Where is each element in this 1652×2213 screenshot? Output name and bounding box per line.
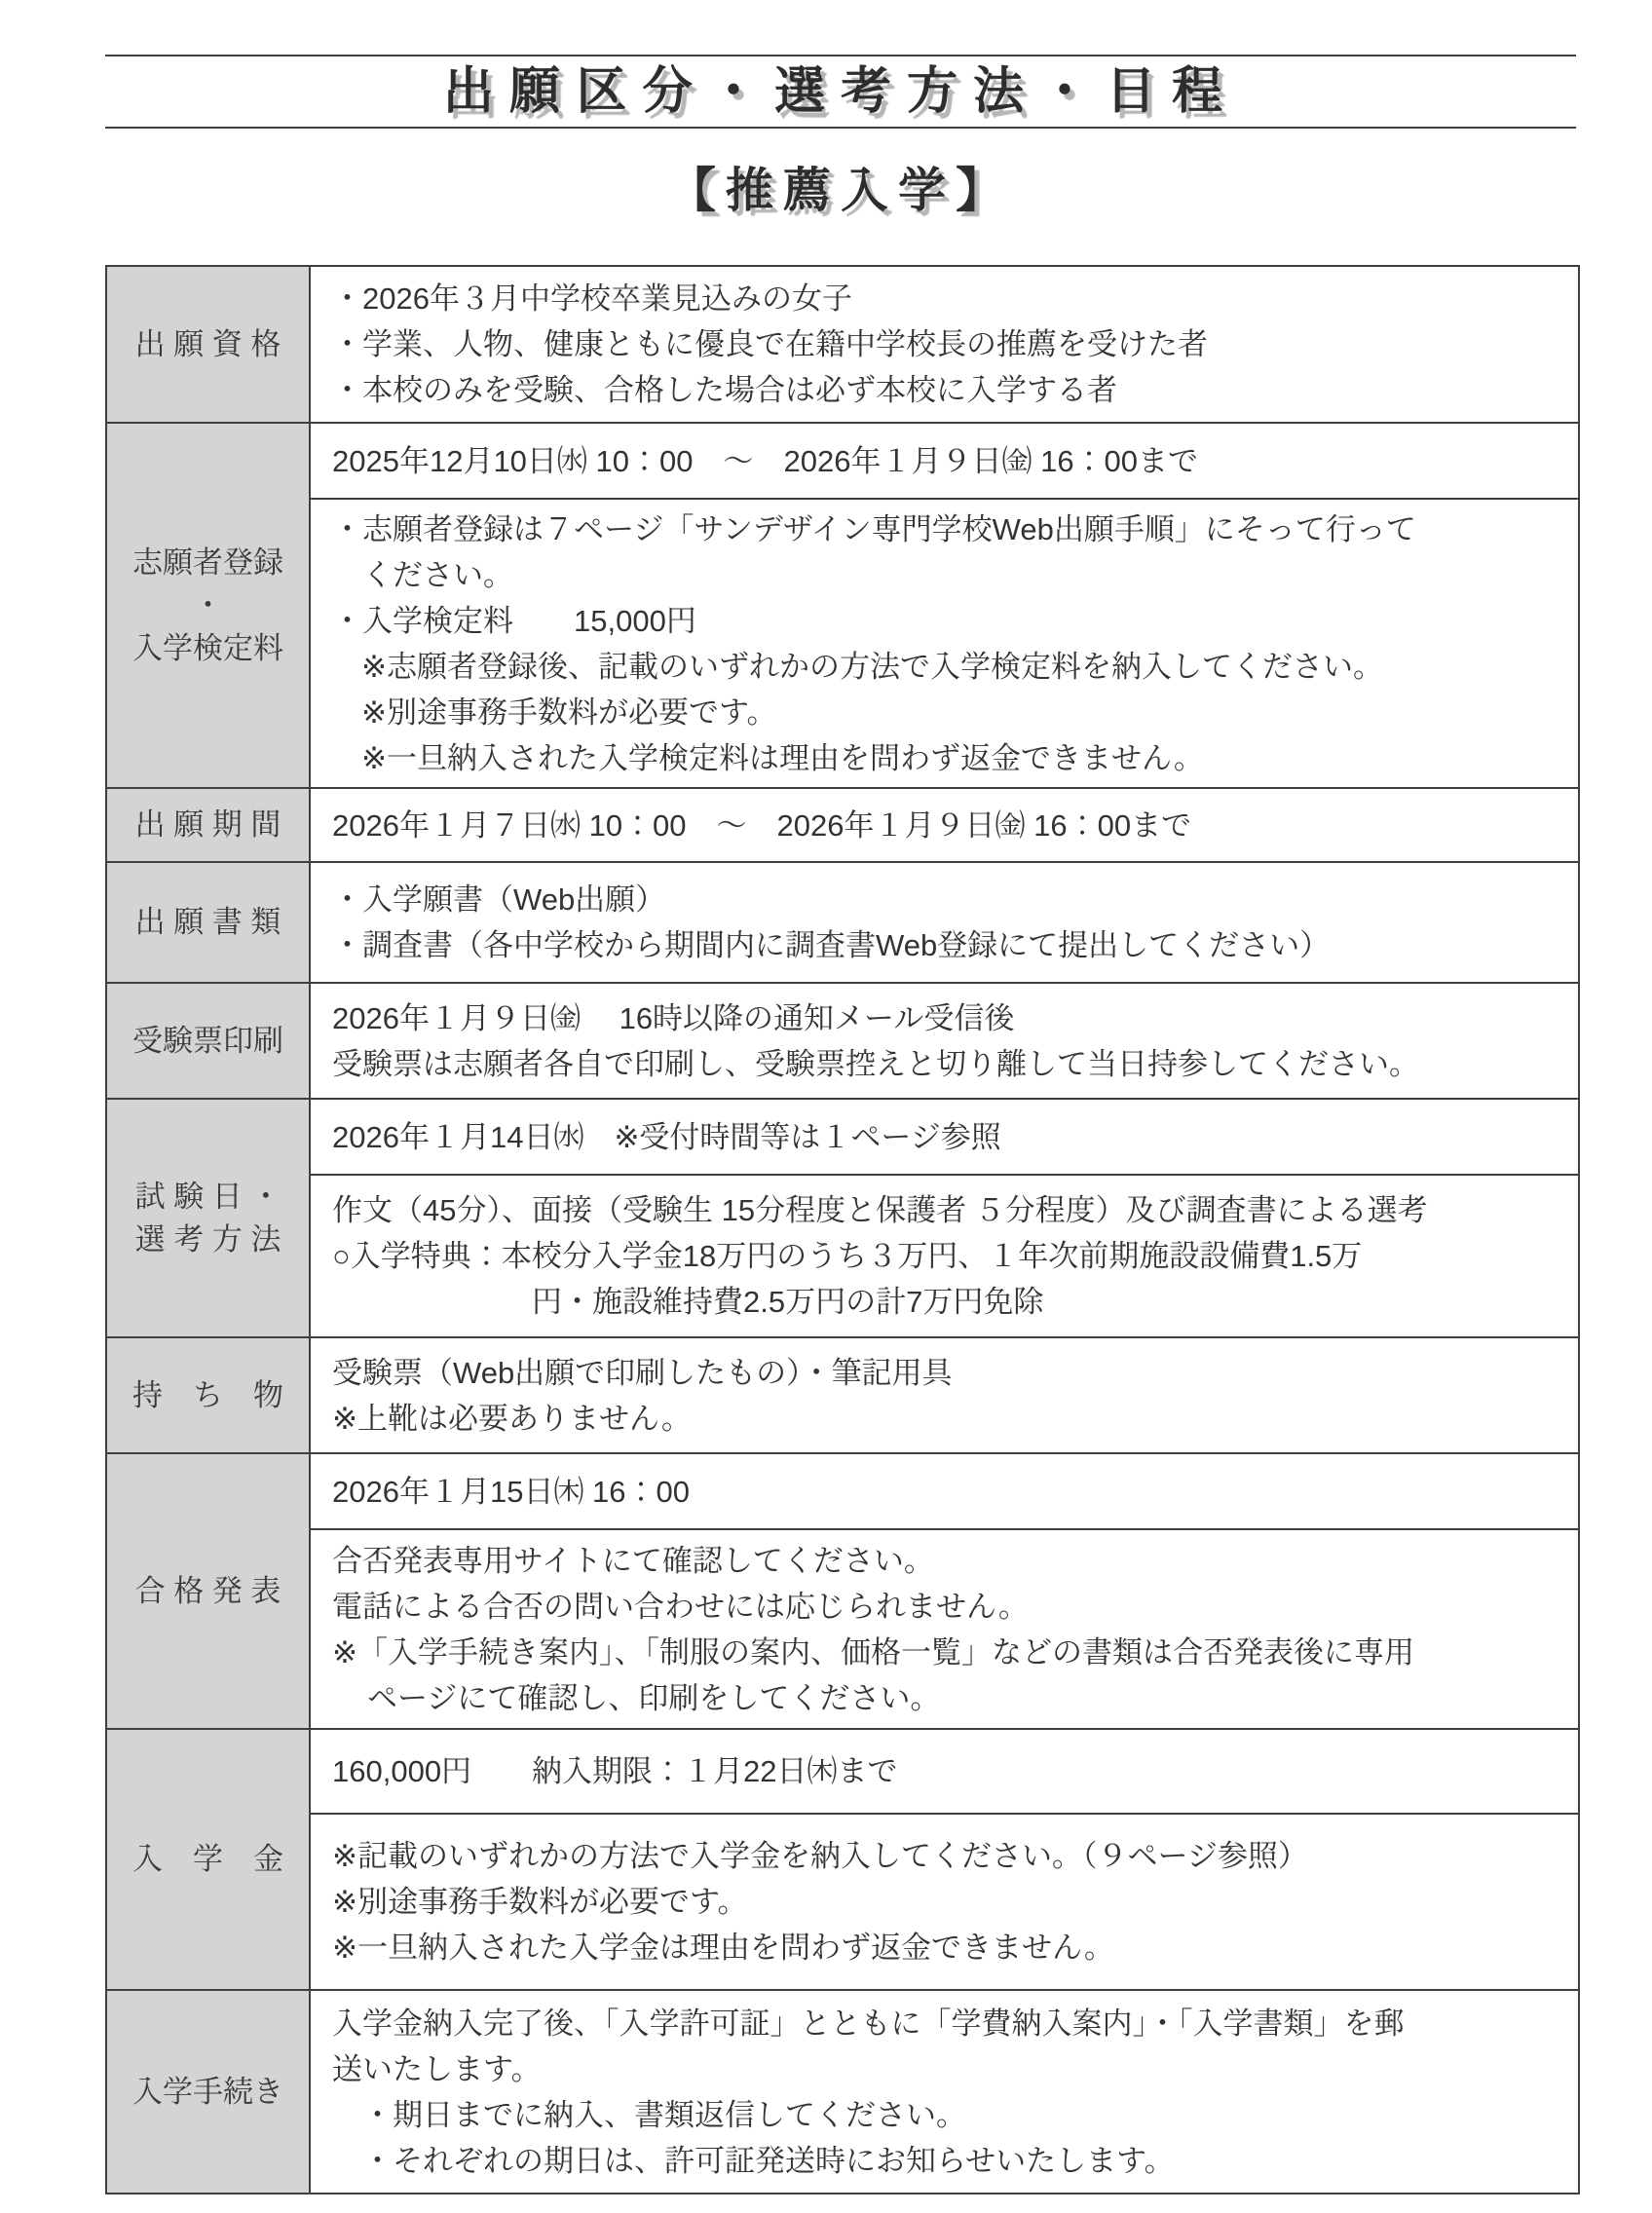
text-line: 受験票（Web出願で印刷したもの）・筆記用具: [332, 1350, 1570, 1396]
date-section: 2026年１月15日㈭ 16：00: [311, 1454, 1578, 1528]
text-line: ※上靴は必要ありません。: [332, 1396, 1570, 1442]
date-section: 160,000円 納入期限：１月22日㈭まで: [311, 1730, 1578, 1813]
content-section: ※記載のいずれかの方法で入学金を納入してください。（９ページ参照） ※別途事務手…: [311, 1813, 1578, 1989]
text-line: ・入学検定料 15,000円: [332, 598, 1570, 644]
content-section: 合否発表専用サイトにて確認してください。 電話による合否の問い合わせには応じられ…: [311, 1528, 1578, 1728]
text-line: ※記載のいずれかの方法で入学金を納入してください。（９ページ参照）: [332, 1833, 1570, 1879]
row-content: ・2026年３月中学校卒業見込みの女子 ・学業、人物、健康ともに優良で在籍中学校…: [311, 267, 1578, 422]
row-content: 2026年１月15日㈭ 16：00 合否発表専用サイトにて確認してください。 電…: [311, 1454, 1578, 1728]
row-label-text: 持 ち 物: [132, 1374, 283, 1417]
table-row-things-to-bring: 持 ち 物 受験票（Web出願で印刷したもの）・筆記用具 ※上靴は必要ありません…: [107, 1336, 1578, 1452]
row-content: 2026年１月14日㈬ ※受付時間等は１ページ参照 作文（45分）、面接（受験生…: [311, 1100, 1578, 1336]
row-label: 入学手続き: [107, 1991, 311, 2193]
text-line: ※志願者登録後、記載のいずれかの方法で入学検定料を納入してください。: [361, 644, 1570, 690]
text-line: 合否発表専用サイトにて確認してください。: [332, 1538, 1570, 1584]
text-line: ・2026年３月中学校卒業見込みの女子: [332, 276, 1570, 321]
title-rule-bottom: [105, 127, 1576, 129]
table-row-application-documents: 出 願 書 類 ・入学願書（Web出願） ・調査書（各中学校から期間内に調査書W…: [107, 861, 1578, 982]
text-line: ※一旦納入された入学金は理由を問わず返金できません。: [332, 1925, 1570, 1970]
row-label-text: 出 願 資 格: [135, 323, 282, 366]
row-label-text: 選 考 方 法: [135, 1219, 282, 1261]
row-label-text: ・: [193, 584, 223, 627]
text-line: ○入学特典：本校分入学金18万円のうち３万円、１年次前期施設設備費1.5万: [332, 1233, 1570, 1279]
text-line: 入学金納入完了後、「入学許可証」とともに「学費納入案内」・「入学書類」を郵: [332, 2001, 1570, 2046]
row-label-text: 合 格 発 表: [135, 1570, 282, 1613]
row-content: ・入学願書（Web出願） ・調査書（各中学校から期間内に調査書Web登録にて提出…: [311, 863, 1578, 982]
row-label: 合 格 発 表: [107, 1454, 311, 1728]
table-row-applicant-registration-fee: 志願者登録 ・ 入学検定料 2025年12月10日㈬ 10：00 ～ 2026年…: [107, 422, 1578, 787]
row-label-text: 出 願 書 類: [135, 901, 282, 944]
text-line: ・学業、人物、健康ともに優良で在籍中学校長の推薦を受けた者: [332, 321, 1570, 367]
row-content: 受験票（Web出願で印刷したもの）・筆記用具 ※上靴は必要ありません。: [311, 1338, 1578, 1452]
date-section: 2026年１月14日㈬ ※受付時間等は１ページ参照: [311, 1100, 1578, 1174]
text-line: 受験票は志願者各自で印刷し、受験票控えと切り離して当日持参してください。: [332, 1041, 1570, 1087]
content-section: ・2026年３月中学校卒業見込みの女子 ・学業、人物、健康ともに優良で在籍中学校…: [311, 267, 1578, 422]
row-label-text: 出 願 期 間: [135, 804, 282, 846]
text-line: ・それぞれの期日は、許可証発送時にお知らせいたします。: [362, 2138, 1570, 2184]
content-section: 受験票（Web出願で印刷したもの）・筆記用具 ※上靴は必要ありません。: [311, 1338, 1578, 1452]
content-section: ・志願者登録は７ページ「サンデザイン専門学校Web出願手順」にそって行って くだ…: [311, 498, 1578, 787]
row-content: 2026年１月９日㈮ 16時以降の通知メール受信後 受験票は志願者各自で印刷し、…: [311, 984, 1578, 1098]
text-line: ページにて確認し、印刷をしてください。: [367, 1675, 1570, 1721]
table-row-result-announcement: 合 格 発 表 2026年１月15日㈭ 16：00 合否発表専用サイトにて確認し…: [107, 1452, 1578, 1728]
date-section: 2025年12月10日㈬ 10：00 ～ 2026年１月９日㈮ 16：00まで: [311, 424, 1578, 498]
text-line: 作文（45分）、面接（受験生 15分程度と保護者 ５分程度）及び調査書による選考: [332, 1187, 1570, 1233]
text-line: ・入学願書（Web出願）: [332, 877, 1570, 922]
row-content: 2026年１月７日㈬ 10：00 ～ 2026年１月９日㈮ 16：00まで: [311, 789, 1578, 861]
content-section: 作文（45分）、面接（受験生 15分程度と保護者 ５分程度）及び調査書による選考…: [311, 1174, 1578, 1336]
text-line: 160,000円 納入期限：１月22日㈭まで: [332, 1748, 1570, 1794]
text-line: ※「入学手続き案内」、「制服の案内、価格一覧」などの書類は合否発表後に専用: [332, 1630, 1570, 1675]
table-row-exam-ticket-printing: 受験票印刷 2026年１月９日㈮ 16時以降の通知メール受信後 受験票は志願者各…: [107, 982, 1578, 1098]
text-line: 2026年１月14日㈬ ※受付時間等は１ページ参照: [332, 1114, 1570, 1160]
row-content: 160,000円 納入期限：１月22日㈭まで ※記載のいずれかの方法で入学金を納…: [311, 1730, 1578, 1989]
row-label: 試 験 日 ・ 選 考 方 法: [107, 1100, 311, 1336]
row-label: 持 ち 物: [107, 1338, 311, 1452]
section-heading: 【推薦入学】: [105, 164, 1576, 218]
text-line: ※一旦納入された入学検定料は理由を問わず返金できません。: [361, 735, 1570, 781]
table-row-admission-fee: 入 学 金 160,000円 納入期限：１月22日㈭まで ※記載のいずれかの方法…: [107, 1728, 1578, 1989]
row-label: 受験票印刷: [107, 984, 311, 1098]
row-content: 入学金納入完了後、「入学許可証」とともに「学費納入案内」・「入学書類」を郵 送い…: [311, 1991, 1578, 2193]
text-line: 電話による合否の問い合わせには応じられません。: [332, 1584, 1570, 1630]
text-line: 2026年１月９日㈮ 16時以降の通知メール受信後: [332, 995, 1570, 1041]
row-label-text: 入 学 金: [132, 1838, 283, 1881]
table-row-exam-date-selection-method: 試 験 日 ・ 選 考 方 法 2026年１月14日㈬ ※受付時間等は１ページ参…: [107, 1098, 1578, 1336]
row-label-text: 受験票印刷: [132, 1020, 283, 1063]
content-section: ・入学願書（Web出願） ・調査書（各中学校から期間内に調査書Web登録にて提出…: [311, 863, 1578, 982]
text-line: 2025年12月10日㈬ 10：00 ～ 2026年１月９日㈮ 16：00まで: [332, 438, 1570, 484]
row-label-text: 試 験 日 ・: [135, 1176, 282, 1219]
text-line: ・期日までに納入、書類返信してください。: [362, 2092, 1570, 2138]
text-line: ※別途事務手数料が必要です。: [332, 1879, 1570, 1925]
admission-table: 出 願 資 格 ・2026年３月中学校卒業見込みの女子 ・学業、人物、健康ともに…: [105, 265, 1580, 2194]
text-line: ※別途事務手数料が必要です。: [361, 690, 1570, 735]
text-line: ・本校のみを受験、合格した場合は必ず本校に入学する者: [332, 367, 1570, 413]
row-label-text: 志願者登録: [132, 542, 283, 584]
row-content: 2025年12月10日㈬ 10：00 ～ 2026年１月９日㈮ 16：00まで …: [311, 424, 1578, 787]
row-label: 出 願 期 間: [107, 789, 311, 861]
text-line: 2026年１月７日㈬ 10：00 ～ 2026年１月９日㈮ 16：00まで: [332, 803, 1570, 848]
row-label: 出 願 資 格: [107, 267, 311, 422]
text-line: 円・施設維持費2.5万円の計7万円免除: [532, 1279, 1570, 1325]
document-page: 出願区分・選考方法・日程 【推薦入学】 出 願 資 格 ・2026年３月中学校卒…: [0, 0, 1652, 2194]
row-label: 出 願 書 類: [107, 863, 311, 982]
row-label-text: 入学手続き: [132, 2071, 283, 2114]
text-line: ・志願者登録は７ページ「サンデザイン専門学校Web出願手順」にそって行って: [332, 506, 1570, 552]
content-section: 2026年１月９日㈮ 16時以降の通知メール受信後 受験票は志願者各自で印刷し、…: [311, 984, 1578, 1098]
text-line: 2026年１月15日㈭ 16：00: [332, 1469, 1570, 1515]
content-section: 2026年１月７日㈬ 10：00 ～ 2026年１月９日㈮ 16：00まで: [311, 789, 1578, 861]
table-row-application-period: 出 願 期 間 2026年１月７日㈬ 10：00 ～ 2026年１月９日㈮ 16…: [107, 787, 1578, 861]
page-title: 出願区分・選考方法・日程: [105, 56, 1576, 127]
row-label: 入 学 金: [107, 1730, 311, 1989]
text-line: ・調査書（各中学校から期間内に調査書Web登録にて提出してください）: [332, 922, 1570, 968]
table-row-application-qualification: 出 願 資 格 ・2026年３月中学校卒業見込みの女子 ・学業、人物、健康ともに…: [107, 267, 1578, 422]
table-row-enrollment-procedure: 入学手続き 入学金納入完了後、「入学許可証」とともに「学費納入案内」・「入学書類…: [107, 1989, 1578, 2193]
row-label: 志願者登録 ・ 入学検定料: [107, 424, 311, 787]
row-label-text: 入学検定料: [132, 627, 283, 670]
text-line: 送いたします。: [332, 2046, 1570, 2092]
text-line: ください。: [362, 552, 1570, 598]
content-section: 入学金納入完了後、「入学許可証」とともに「学費納入案内」・「入学書類」を郵 送い…: [311, 1991, 1578, 2193]
